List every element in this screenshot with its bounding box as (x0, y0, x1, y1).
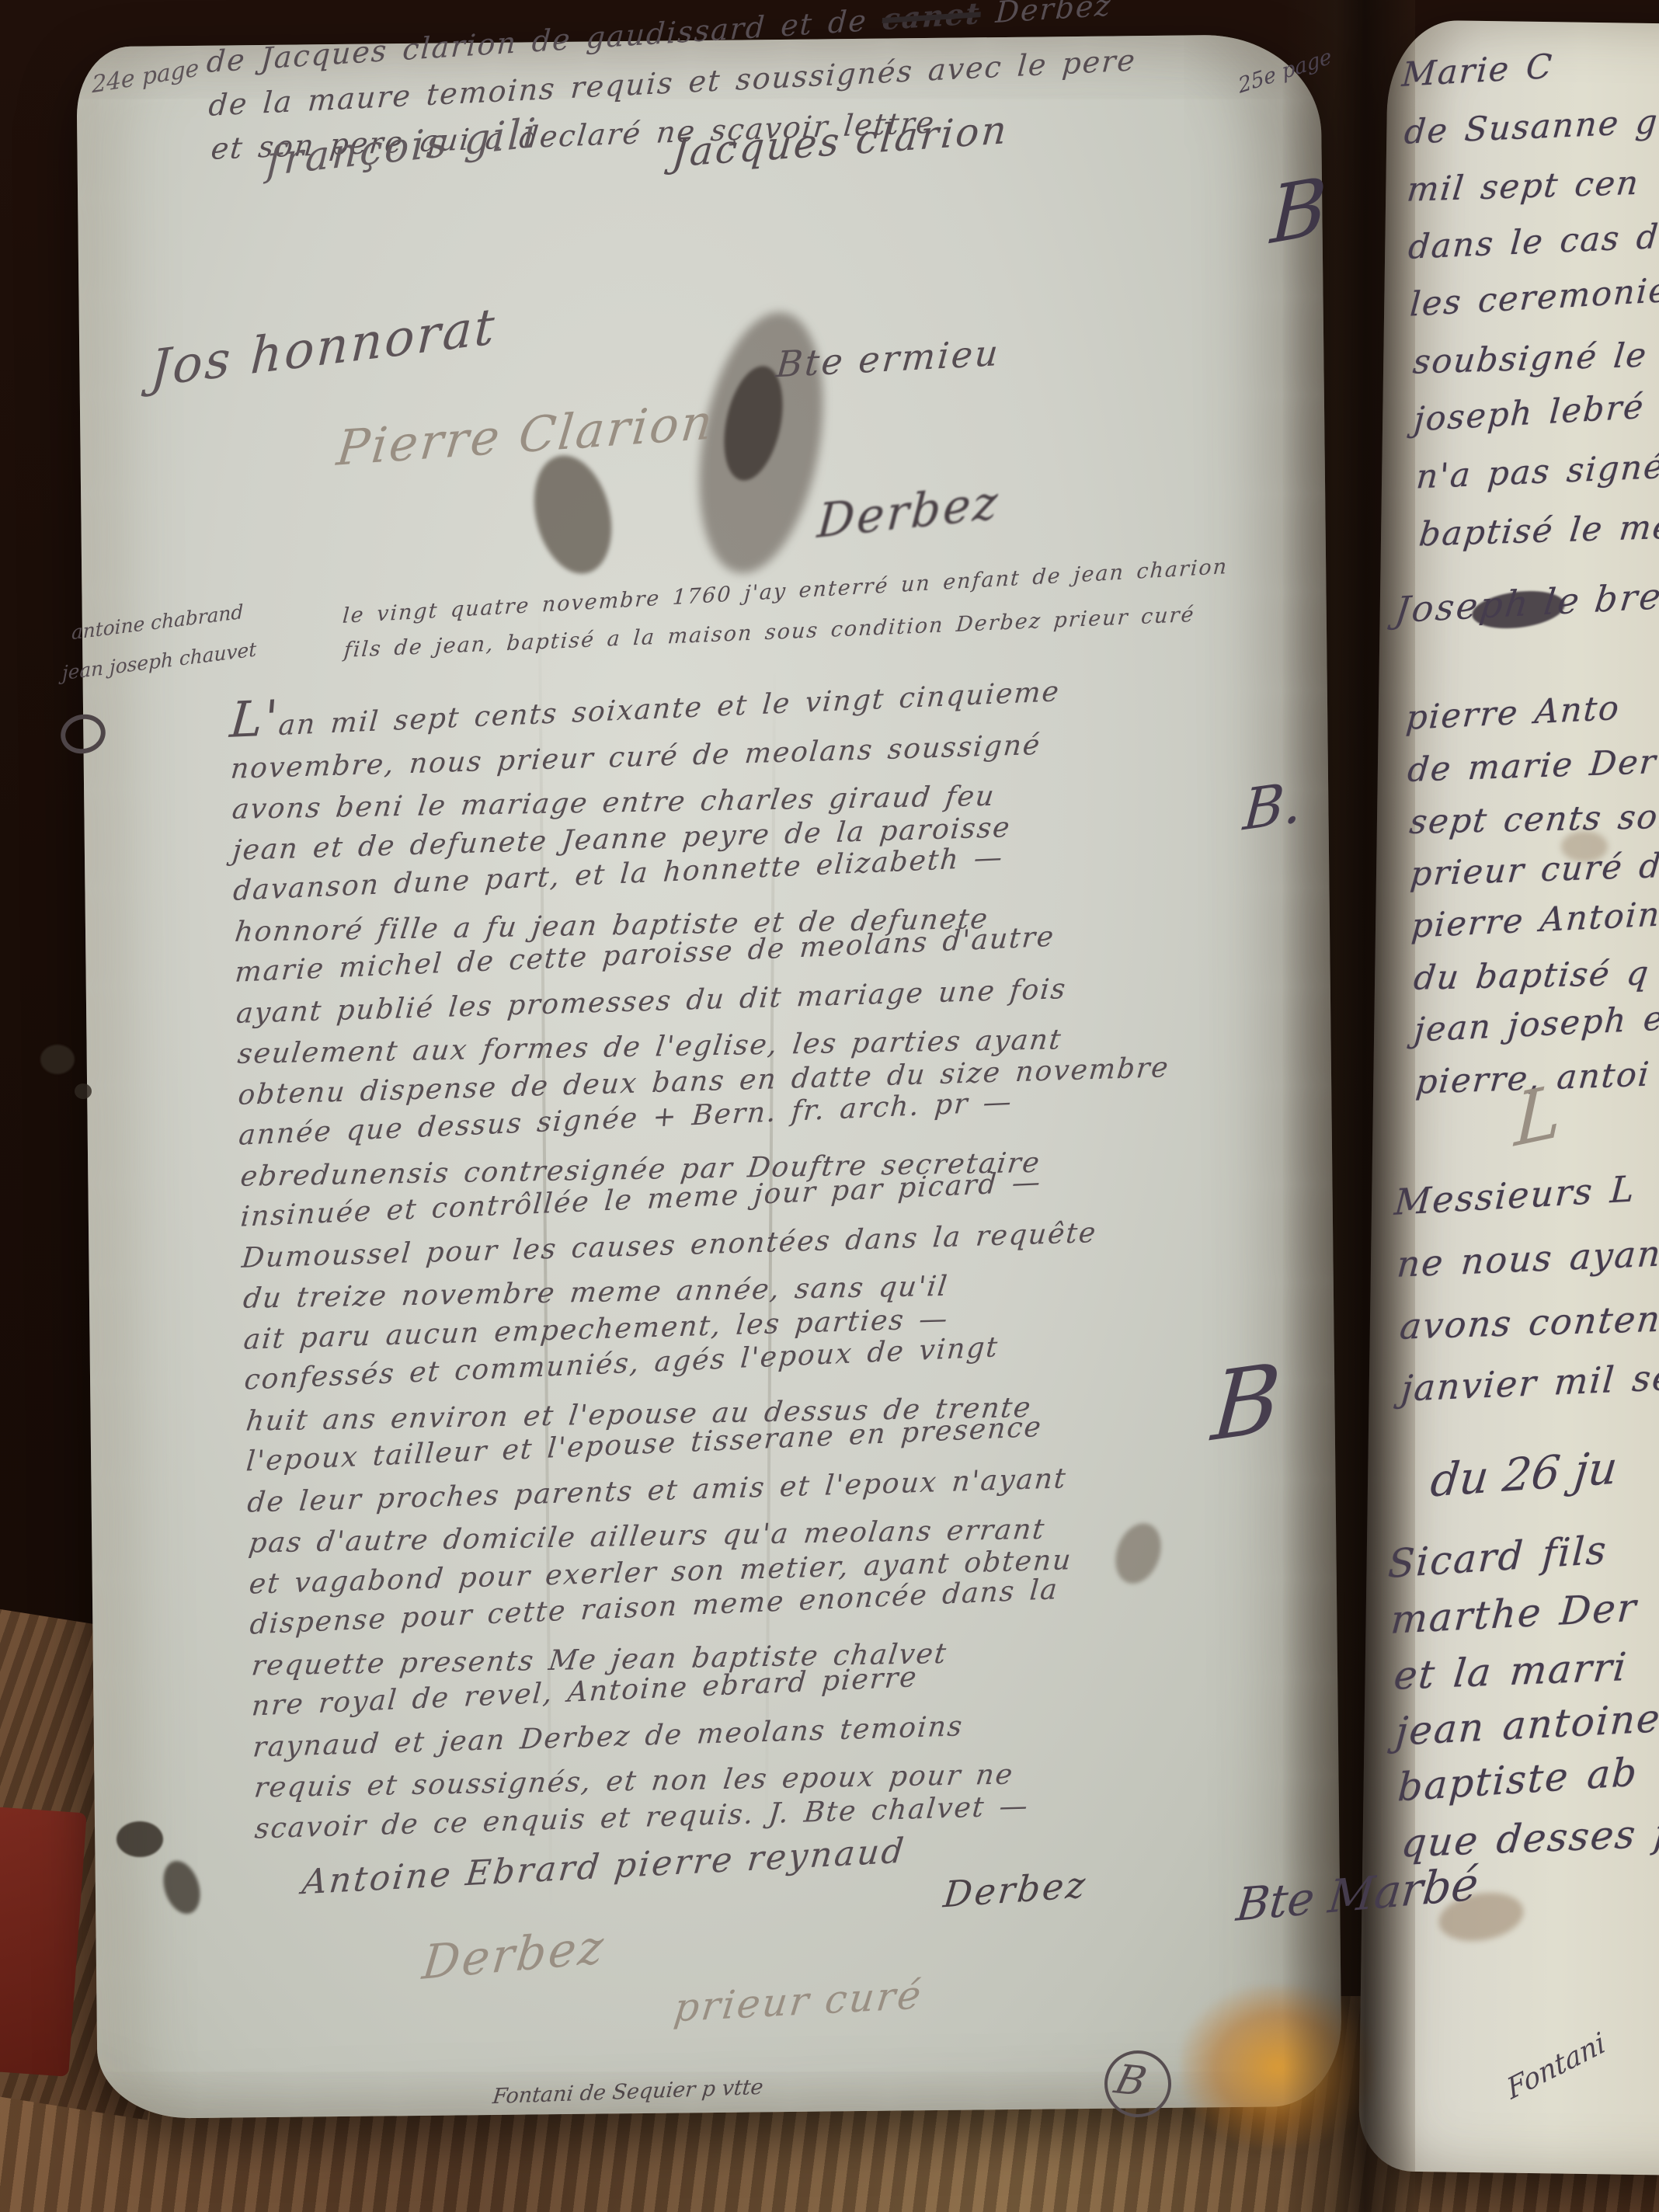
manuscript-line: sept cents soi (1407, 791, 1659, 848)
manuscript-line: avons contenue (1396, 1285, 1659, 1358)
ink-spot (75, 1083, 92, 1099)
manuscript-line: mil sept cen (1404, 153, 1659, 219)
right-record1-block: Marie Cde Susanne gmil sept cendans le c… (1398, 37, 1659, 564)
manuscript-line: baptisé le mê (1416, 497, 1659, 563)
right-record3-block: Messieurs Lne nous ayant pavons contenue… (1390, 1159, 1659, 1420)
right-record4-block: Sicard filsmarthe Deret la marrijean ant… (1384, 1525, 1659, 1872)
manuscript-line: n'a pas signé p (1414, 436, 1659, 506)
manuscript-line: de Susanne g (1402, 92, 1659, 162)
marriage-act-block: L'an mil sept cents soixante et le vingt… (227, 680, 1184, 1850)
manuscript-line: de marie Der (1406, 736, 1659, 797)
ink-spot (117, 1821, 163, 1857)
margin-paraph-b-record2: B. (1241, 768, 1304, 843)
right-record2-block: pierre Antode marie Dersept cents soipri… (1403, 686, 1659, 1109)
margin-paraph-b-record4: B (1209, 1344, 1284, 1463)
photo-of-open-parish-register: 24e page de Jacques clarion de gaudissar… (0, 0, 1659, 2212)
margin-paraph-b-record1: B (1269, 159, 1329, 262)
ink-spot (40, 1045, 75, 1074)
header-struck-word: canet (882, 0, 983, 37)
flourish-letter-l: L (1513, 1068, 1563, 1163)
header-line1-post: Derbez (979, 0, 1112, 30)
